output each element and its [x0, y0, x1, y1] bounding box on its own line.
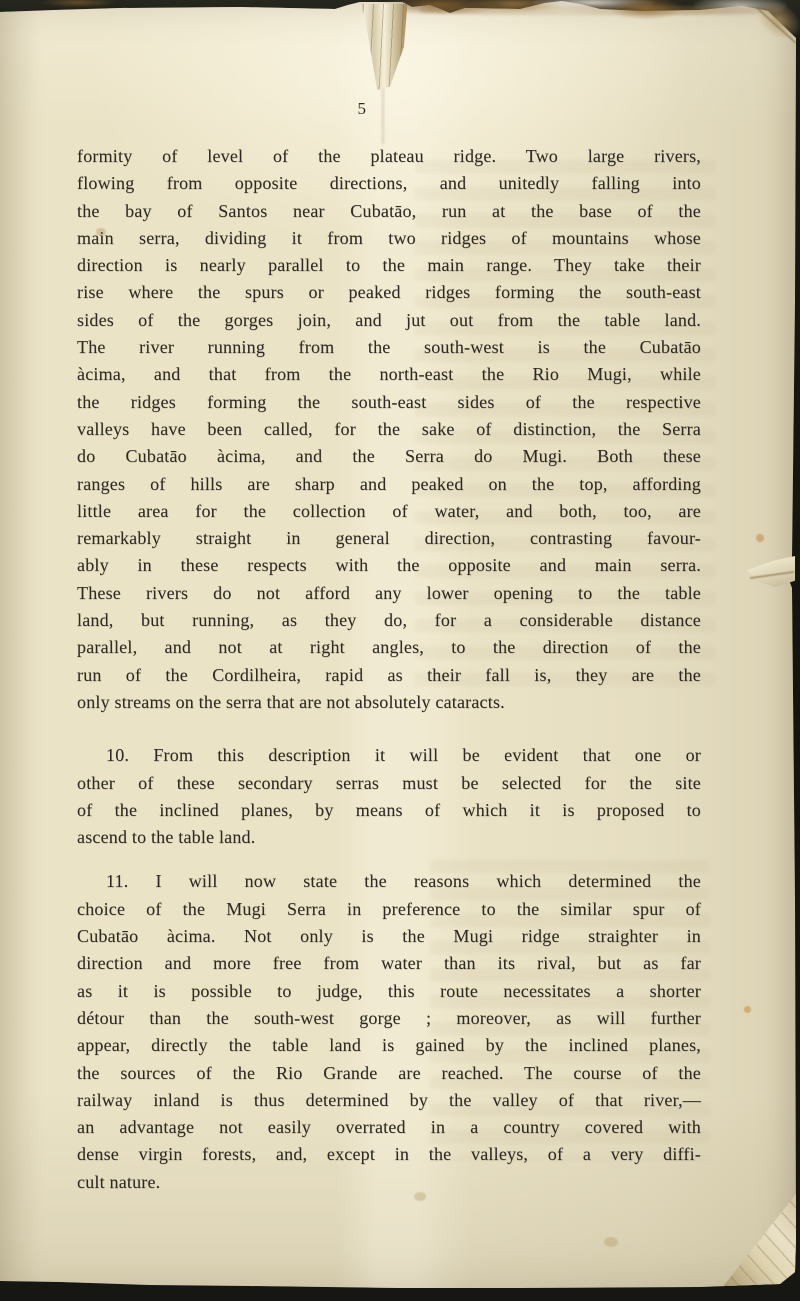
text-line: main serra, dividing it from two ridges …: [77, 225, 701, 252]
text-line: direction and more free from water than …: [77, 950, 701, 977]
text-line: cult nature.: [77, 1169, 701, 1196]
foxing-spot: [414, 1192, 426, 1201]
foxing-spot: [604, 1237, 618, 1247]
text-line: of the inclined planes, by means of whic…: [77, 797, 701, 824]
text-line: parallel, and not at right angles, to th…: [77, 634, 701, 661]
text-line: The river running from the south-west is…: [77, 334, 701, 361]
text-line: sides of the gorges join, and jut out fr…: [77, 307, 701, 334]
text-line: appear, directly the table land is gaine…: [77, 1032, 701, 1059]
text-line: valleys have been called, for the sake o…: [77, 416, 701, 443]
text-line: as it is possible to judge, this route n…: [77, 978, 701, 1005]
text-line: only streams on the serra that are not a…: [77, 689, 701, 716]
text-line: 11. I will now state the reasons which d…: [77, 868, 701, 895]
text-line: ably in these respects with the opposite…: [77, 552, 701, 579]
text-line: run of the Cordilheira, rapid as their f…: [77, 662, 701, 689]
top-edge-stain: [42, 0, 116, 7]
text-line: the ridges forming the south-east sides …: [77, 389, 701, 416]
fold-crease-line: [382, 88, 384, 144]
text-line: railway inland is thus determined by the…: [77, 1087, 701, 1114]
paper-sheet: 5 formity of level of the plateau ridge.…: [0, 0, 800, 1301]
scanned-document-page: 5 formity of level of the plateau ridge.…: [0, 0, 800, 1301]
text-line: formity of level of the plateau ridge. T…: [77, 143, 701, 170]
text-line: These rivers do not afford any lower ope…: [77, 580, 701, 607]
foxing-spot: [96, 228, 106, 236]
top-edge-stain: [420, 6, 790, 15]
foxing-spot: [756, 534, 764, 542]
foxing-spot: [744, 1006, 751, 1013]
text-line: ranges of hills are sharp and peaked on …: [77, 471, 701, 498]
paragraph: 10. From this description it will be evi…: [77, 742, 701, 851]
text-line: ascend to the table land.: [77, 824, 701, 851]
text-block: formity of level of the plateau ridge. T…: [77, 143, 701, 1196]
text-line: land, but running, as they do, for a con…: [77, 607, 701, 634]
corner-fold: [722, 1192, 796, 1286]
page-number: 5: [77, 99, 647, 119]
text-line: 10. From this description it will be evi…: [77, 742, 701, 769]
text-line: àcima, and that from the north-east the …: [77, 361, 701, 388]
text-line: flowing from opposite directions, and un…: [77, 170, 701, 197]
text-line: little area for the collection of water,…: [77, 498, 701, 525]
text-line: détour than the south-west gorge ; moreo…: [77, 1005, 701, 1032]
text-line: do Cubatāo àcima, and the Serra do Mugi.…: [77, 443, 701, 470]
text-line: the bay of Santos near Cubatāo, run at t…: [77, 198, 701, 225]
text-line: direction is nearly parallel to the main…: [77, 252, 701, 279]
text-line: choice of the Mugi Serra in preference t…: [77, 896, 701, 923]
text-line: Cubatāo àcima. Not only is the Mugi ridg…: [77, 923, 701, 950]
text-line: other of these secondary serras must be …: [77, 770, 701, 797]
text-line: the sources of the Rio Grande are reache…: [77, 1060, 701, 1087]
paragraph: 11. I will now state the reasons which d…: [77, 868, 701, 1196]
paragraph: formity of level of the plateau ridge. T…: [77, 143, 701, 716]
text-line: dense virgin forests, and, except in the…: [77, 1141, 701, 1168]
text-line: rise where the spurs or peaked ridges fo…: [77, 279, 701, 306]
text-line: an advantage not easily overrated in a c…: [77, 1114, 701, 1141]
text-line: remarkably straight in general direction…: [77, 525, 701, 552]
